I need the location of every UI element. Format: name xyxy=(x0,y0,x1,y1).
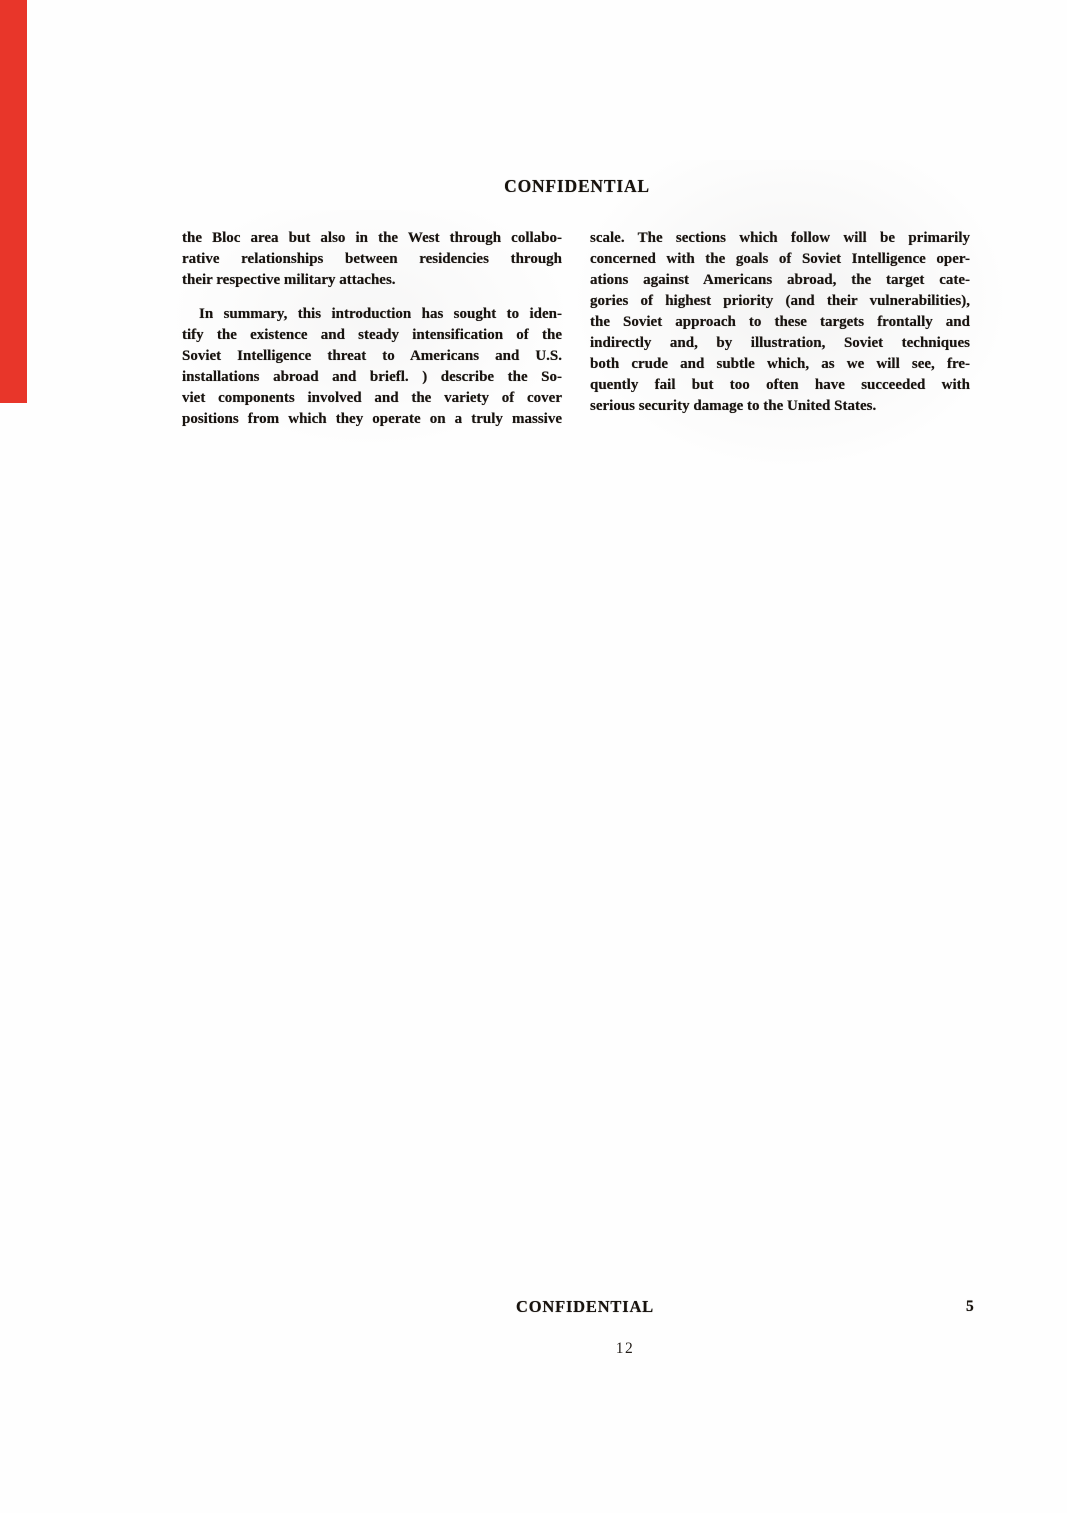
text-line: ations against Americans abroad, the tar… xyxy=(590,270,970,291)
left-column: the Bloc area but also in the West throu… xyxy=(182,228,562,430)
text-line: positions from which they operate on a t… xyxy=(182,409,562,430)
text-line: scale. The sections which follow will be… xyxy=(590,228,970,249)
text-line: rative relationships between residencies… xyxy=(182,249,562,270)
text-line: viet components involved and the variety… xyxy=(182,388,562,409)
header-classification: CONFIDENTIAL xyxy=(183,176,971,197)
footer-classification: CONFIDENTIAL xyxy=(191,1297,979,1317)
text-line: In summary, this introduction has sought… xyxy=(182,304,562,325)
text-line: Soviet Intelligence threat to Americans … xyxy=(182,346,562,367)
page-number: 5 xyxy=(966,1298,974,1316)
text-line: installations abroad and briefl. ) descr… xyxy=(182,367,562,388)
text-line: quently fail but too often have succeede… xyxy=(590,375,970,396)
text-line: indirectly and, by illustration, Soviet … xyxy=(590,333,970,354)
folio-number: 12 xyxy=(600,1340,650,1358)
red-margin-bar xyxy=(0,0,27,403)
text-line: both crude and subtle which, as we will … xyxy=(590,354,970,375)
text-line: the Soviet approach to these targets fro… xyxy=(590,312,970,333)
text-line: the Bloc area but also in the West throu… xyxy=(182,228,562,249)
text-line: concerned with the goals of Soviet Intel… xyxy=(590,249,970,270)
right-column: scale. The sections which follow will be… xyxy=(590,228,970,417)
text-line: their respective military attaches. xyxy=(182,270,562,291)
text-line: gories of highest priority (and their vu… xyxy=(590,291,970,312)
text-line: serious security damage to the United St… xyxy=(590,396,970,417)
scanned-document-page: CONFIDENTIAL the Bloc area but also in t… xyxy=(0,0,1067,1513)
text-line: tify the existence and steady intensific… xyxy=(182,325,562,346)
